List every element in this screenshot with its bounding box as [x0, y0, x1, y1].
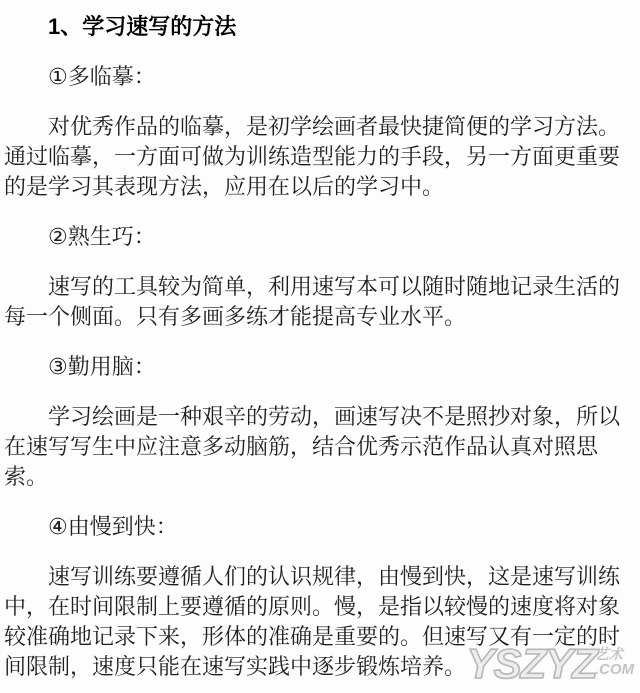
- section-heading-1: ①多临摹：: [4, 62, 636, 92]
- section-paragraph-1: 对优秀作品的临摹，是初学绘画者最快捷简便的学习方法。通过临摹，一方面可做为训练造…: [4, 112, 636, 202]
- section-heading-4: ④由慢到快：: [4, 512, 636, 542]
- section-paragraph-3: 学习绘画是一种艰辛的劳动，画速写决不是照抄对象，所以在速写写生中应注意多动脑筋，…: [4, 402, 636, 492]
- section-heading-2: ②熟生巧：: [4, 222, 636, 252]
- section-paragraph-2: 速写的工具较为简单，利用速写本可以随时随地记录生活的每一个侧面。只有多画多练才能…: [4, 272, 636, 332]
- section-heading-3: ③勤用脑：: [4, 352, 636, 382]
- document-page: 1、学习速写的方法 ①多临摹： 对优秀作品的临摹，是初学绘画者最快捷简便的学习方…: [0, 0, 640, 693]
- section-paragraph-4: 速写训练要遵循人们的认识规律，由慢到快，这是速写训练中，在时间限制上要遵循的原则…: [4, 562, 636, 682]
- page-title: 1、学习速写的方法: [4, 12, 636, 42]
